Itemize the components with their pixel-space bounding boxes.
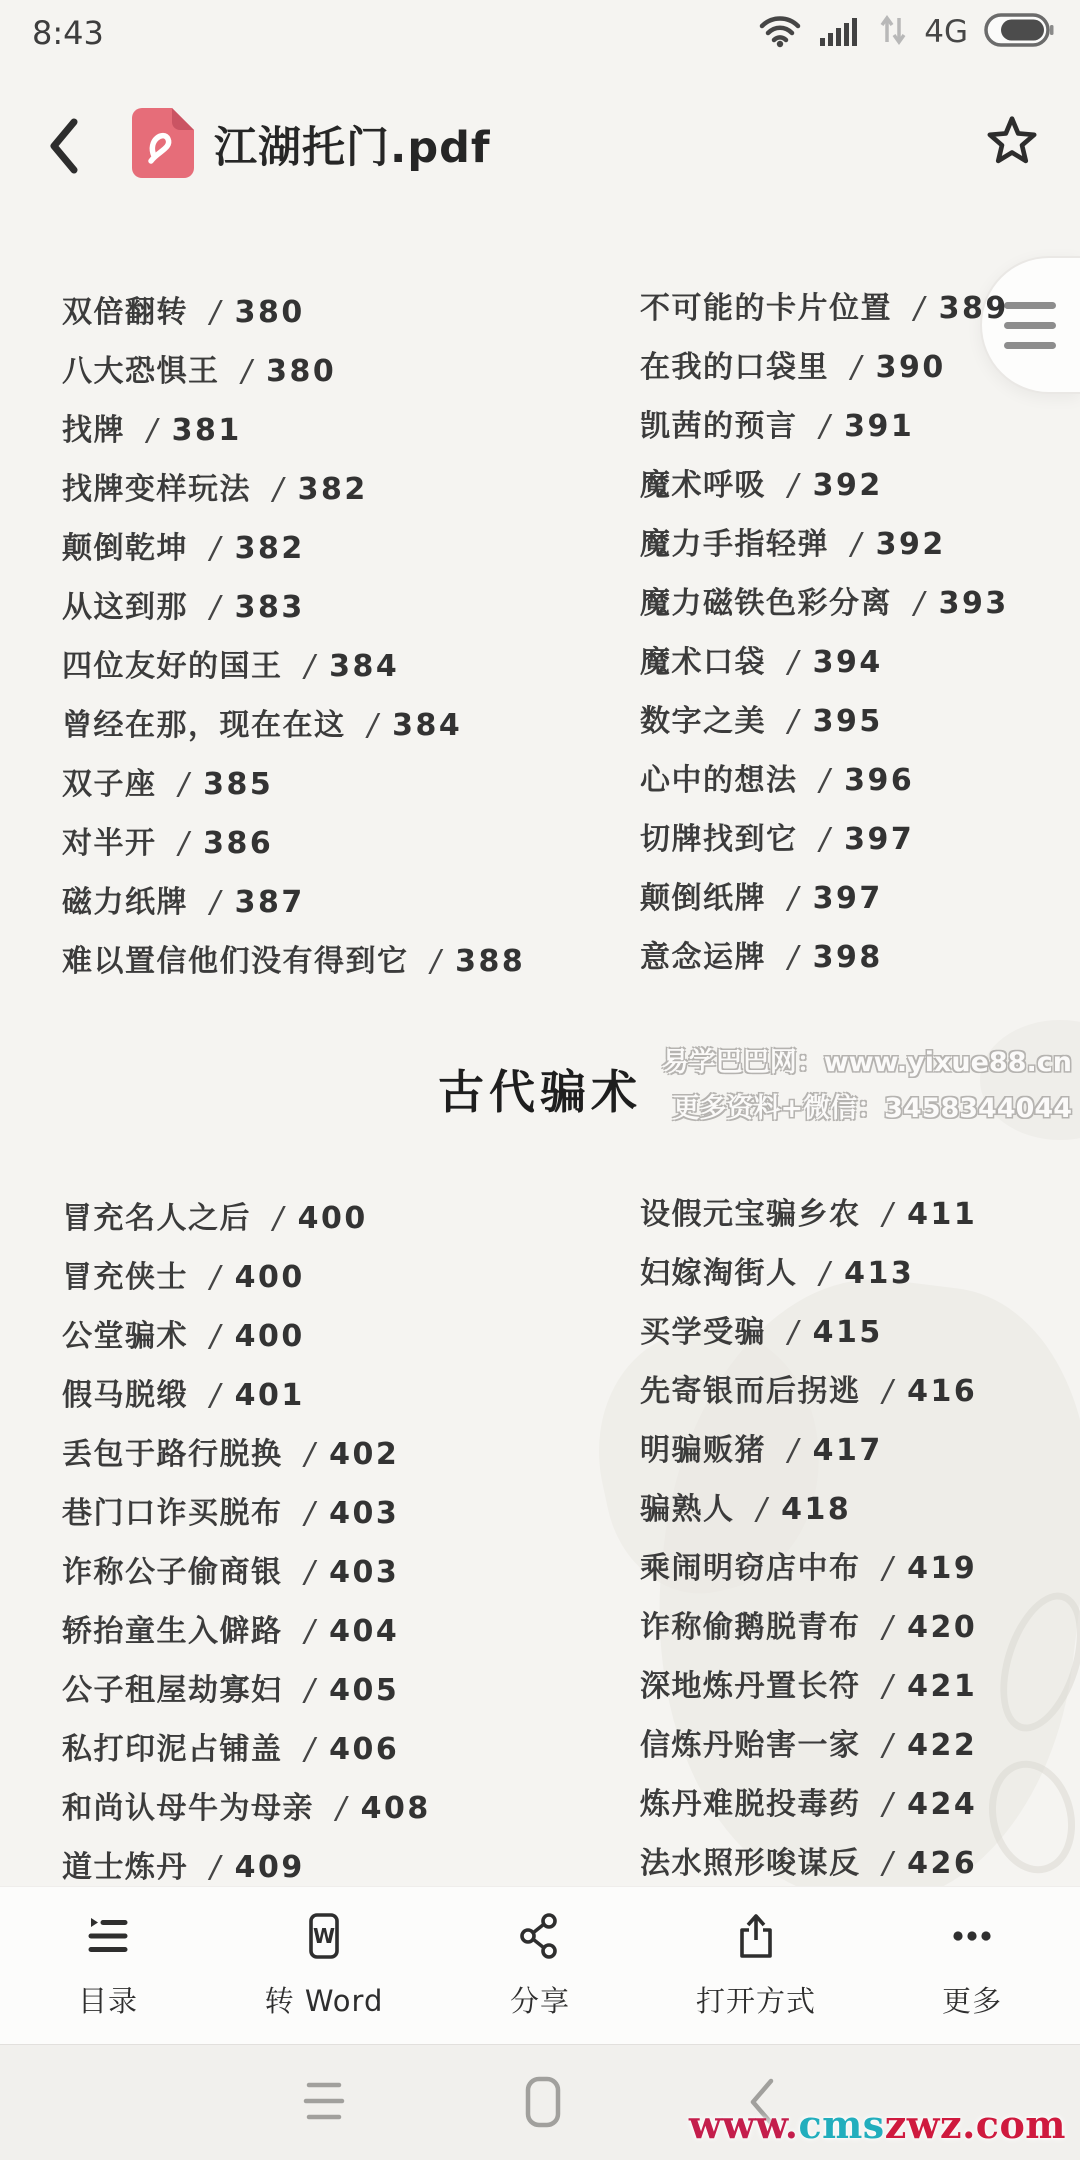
toc-entry-page: 394 <box>813 646 883 680</box>
toc-entry-page: 385 <box>203 768 273 802</box>
toc-entry: 冒充名人之后 / 400 <box>62 1202 431 1236</box>
toc-entry-page: 388 <box>455 945 525 979</box>
outline-list-icon <box>84 1912 132 1964</box>
toc-entry-title: 魔术呼吸 <box>640 469 766 503</box>
site-url-part2: cms <box>798 2102 884 2147</box>
toolbar-outline-button[interactable]: 目录 <box>0 1887 216 2044</box>
toc-entry-page: 421 <box>907 1670 977 1704</box>
toc-entry-title: 在我的口袋里 <box>640 351 829 385</box>
toc-entry-title: 丢包于路行脱换 <box>62 1438 283 1472</box>
toc-entry: 数字之美 / 395 <box>640 705 1009 739</box>
toc-entry: 骗熟人 / 418 <box>640 1493 977 1527</box>
toc-entry-separator: / <box>305 1438 317 1472</box>
toc-entry-page: 384 <box>329 650 399 684</box>
toc-entry-title: 双倍翻转 <box>62 296 188 330</box>
share-nodes-icon <box>516 1912 564 1964</box>
toc-entry-page: 422 <box>907 1729 977 1763</box>
toc-entry-title: 冒充名人之后 <box>62 1202 251 1236</box>
toc-entry-title: 道士炼丹 <box>62 1851 188 1885</box>
toc-entry-title: 私打印泥占铺盖 <box>62 1733 283 1767</box>
toc-entry-title: 诈称公子偷商银 <box>62 1556 283 1590</box>
toc-entry: 深地炼丹置长符 / 421 <box>640 1670 977 1704</box>
toc-entry-title: 意念运牌 <box>640 941 766 975</box>
toc-entry-title: 找牌 <box>62 414 125 448</box>
word-document-icon: W <box>300 1912 348 1964</box>
svg-text:W: W <box>313 1924 335 1948</box>
toc-entry-separator: / <box>210 1851 222 1885</box>
toc-entry: 凯茜的预言 / 391 <box>640 410 1009 444</box>
toc-entry-separator: / <box>431 945 443 979</box>
toc-entry-separator: / <box>368 709 380 743</box>
toc-entry-page: 406 <box>329 1733 399 1767</box>
toc-entry-page: 387 <box>235 886 305 920</box>
toolbar-label: 打开方式 <box>696 1979 816 2020</box>
toc-entry-title: 难以置信他们没有得到它 <box>62 945 409 979</box>
toc-entry: 先寄银而后拐逃 / 416 <box>640 1375 977 1409</box>
toc-entry-separator: / <box>305 1733 317 1767</box>
toc-entry-separator: / <box>788 1434 800 1468</box>
toc-entry: 道士炼丹 / 409 <box>62 1851 431 1885</box>
toc-entry: 不可能的卡片位置 / 389 <box>640 292 1009 326</box>
toc-entry-separator: / <box>305 1556 317 1590</box>
toc-entry-page: 415 <box>813 1316 883 1350</box>
toc-entry: 公堂骗术 / 400 <box>62 1320 431 1354</box>
hamburger-icon <box>1004 302 1056 309</box>
toc-entry-page: 403 <box>329 1497 399 1531</box>
toc-entry: 找牌 / 381 <box>62 414 525 448</box>
toc-entry: 双子座 / 385 <box>62 768 525 802</box>
toc-section2-left-column: 冒充名人之后 / 400 冒充侠士 / 400 公堂骗术 / 400 假马脱缎 … <box>62 1202 431 1885</box>
toc-entry: 和尚认母牛为母亲 / 408 <box>62 1792 431 1826</box>
toc-entry-separator: / <box>210 1379 222 1413</box>
toc-entry-page: 413 <box>844 1257 914 1291</box>
toc-entry-title: 乘闹明窃店中布 <box>640 1552 861 1586</box>
battery-icon <box>984 12 1054 52</box>
toc-entry-separator: / <box>242 355 254 389</box>
toc-entry-title: 和尚认母牛为母亲 <box>62 1792 314 1826</box>
toc-entry-title: 颠倒乾坤 <box>62 532 188 566</box>
toc-entry-page: 381 <box>172 414 242 448</box>
pdf-viewer-screen: 8:43 <box>0 0 1080 2160</box>
toc-entry-page: 384 <box>392 709 462 743</box>
toc-entry-separator: / <box>305 650 317 684</box>
toc-entry: 轿抬童生入僻路 / 404 <box>62 1615 431 1649</box>
toc-entry: 魔术口袋 / 394 <box>640 646 1009 680</box>
toc-entry-separator: / <box>883 1788 895 1822</box>
toc-entry-title: 数字之美 <box>640 705 766 739</box>
toc-entry-separator: / <box>179 827 191 861</box>
toc-entry-title: 轿抬童生入僻路 <box>62 1615 283 1649</box>
bottom-toolbar: 目录 W 转 Word 分享 <box>0 1886 1080 2044</box>
status-bar: 8:43 <box>0 0 1080 64</box>
toc-entry-page: 417 <box>813 1434 883 1468</box>
toc-entry-separator: / <box>305 1674 317 1708</box>
toc-entry-page: 402 <box>329 1438 399 1472</box>
toc-entry: 魔力磁铁色彩分离 / 393 <box>640 587 1009 621</box>
toc-entry-title: 魔术口袋 <box>640 646 766 680</box>
toc-entry-title: 魔力磁铁色彩分离 <box>640 587 892 621</box>
toc-entry-title: 颠倒纸牌 <box>640 882 766 916</box>
seller-watermark-line2: 更多资料+微信：3458344044 <box>662 1086 1072 1132</box>
toc-entry: 四位友好的国王 / 384 <box>62 650 525 684</box>
toc-entry: 魔术呼吸 / 392 <box>640 469 1009 503</box>
toc-entry-separator: / <box>820 823 832 857</box>
toc-entry-separator: / <box>788 882 800 916</box>
toolbar-label: 目录 <box>78 1979 138 2020</box>
toc-entry-page: 397 <box>813 882 883 916</box>
signal-strength-icon <box>818 12 862 52</box>
toc-entry-separator: / <box>305 1615 317 1649</box>
toc-entry-separator: / <box>210 886 222 920</box>
toolbar-more-button[interactable]: 更多 <box>864 1887 1080 2044</box>
toc-entry: 对半开 / 386 <box>62 827 525 861</box>
clock: 8:43 <box>32 14 104 52</box>
toc-entry-page: 426 <box>907 1847 977 1881</box>
toc-entry: 从这到那 / 383 <box>62 591 525 625</box>
site-url-watermark: www.cmszwz.com <box>689 2102 1066 2147</box>
toc-entry-separator: / <box>883 1375 895 1409</box>
toc-entry: 诈称偷鹅脱青布 / 420 <box>640 1611 977 1645</box>
toc-entry-separator: / <box>851 528 863 562</box>
toc-entry-page: 395 <box>813 705 883 739</box>
toc-entry-title: 不可能的卡片位置 <box>640 292 892 326</box>
bookmark-star-button[interactable] <box>984 112 1040 172</box>
wifi-icon <box>758 12 802 52</box>
toc-entry-separator: / <box>914 292 926 326</box>
toc-entry-title: 炼丹难脱投毒药 <box>640 1788 861 1822</box>
toc-entry-separator: / <box>820 764 832 798</box>
toc-entry-title: 妇嫁淘街人 <box>640 1257 798 1291</box>
toc-entry: 乘闹明窃店中布 / 419 <box>640 1552 977 1586</box>
toc-entry: 诈称公子偷商银 / 403 <box>62 1556 431 1590</box>
toc-entry-title: 骗熟人 <box>640 1493 735 1527</box>
seller-watermark: 易学巴巴网：www.yixue88.cn 更多资料+微信：3458344044 <box>662 1040 1072 1132</box>
toc-entry-separator: / <box>788 705 800 739</box>
toc-entry-separator: / <box>883 1847 895 1881</box>
toc-entry: 双倍翻转 / 380 <box>62 296 525 330</box>
toc-entry-page: 405 <box>329 1674 399 1708</box>
toc-section2-right-column: 设假元宝骗乡农 / 411 妇嫁淘街人 / 413 买学受骗 / 415 先寄银… <box>640 1198 977 1881</box>
toc-entry-page: 404 <box>329 1615 399 1649</box>
seller-watermark-line1: 易学巴巴网：www.yixue88.cn <box>662 1040 1072 1086</box>
toolbar-share-button[interactable]: 分享 <box>432 1887 648 2044</box>
toc-entry-separator: / <box>336 1792 348 1826</box>
toc-entry-title: 冒充侠士 <box>62 1261 188 1295</box>
toolbar-open-with-button[interactable]: 打开方式 <box>648 1887 864 2044</box>
toc-entry-separator: / <box>883 1611 895 1645</box>
toolbar-label: 分享 <box>510 1979 570 2020</box>
toc-entry-page: 411 <box>907 1198 977 1232</box>
toc-entry-title: 双子座 <box>62 768 157 802</box>
recents-button[interactable] <box>300 2075 348 2135</box>
toc-entry-separator: / <box>147 414 159 448</box>
toc-entry-title: 巷门口诈买脱布 <box>62 1497 283 1531</box>
toc-entry-separator: / <box>851 351 863 385</box>
toc-entry-title: 曾经在那，现在在这 <box>62 709 346 743</box>
toc-entry: 公子租屋劫寡妇 / 405 <box>62 1674 431 1708</box>
toc-entry-page: 419 <box>907 1552 977 1586</box>
toc-entry-page: 382 <box>298 473 368 507</box>
toc-entry-page: 386 <box>203 827 273 861</box>
toc-entry-title: 八大恐惧王 <box>62 355 220 389</box>
toc-entry: 冒充侠士 / 400 <box>62 1261 431 1295</box>
status-icons: 4G <box>758 12 1054 52</box>
document-header: 江湖托门.pdf <box>0 96 1080 196</box>
toc-entry: 妇嫁淘街人 / 413 <box>640 1257 977 1291</box>
toc-entry-page: 398 <box>813 941 883 975</box>
toc-entry-page: 390 <box>876 351 946 385</box>
toc-entry-title: 信炼丹贻害一家 <box>640 1729 861 1763</box>
toc-entry-title: 找牌变样玩法 <box>62 473 251 507</box>
toc-entry-separator: / <box>883 1670 895 1704</box>
toc-entry-separator: / <box>788 1316 800 1350</box>
home-button[interactable] <box>519 2075 567 2135</box>
pdf-file-icon <box>132 108 194 182</box>
toc-entry: 买学受骗 / 415 <box>640 1316 977 1350</box>
toc-entry-separator: / <box>883 1198 895 1232</box>
toc-entry-page: 424 <box>907 1788 977 1822</box>
site-url-part3: zwz.com <box>885 2102 1066 2147</box>
toc-entry-page: 420 <box>907 1611 977 1645</box>
toc-entry: 心中的想法 / 396 <box>640 764 1009 798</box>
more-dots-icon <box>948 1912 996 1964</box>
toc-entry-page: 397 <box>844 823 914 857</box>
toc-entry: 曾经在那，现在在这 / 384 <box>62 709 525 743</box>
toc-entry: 八大恐惧王 / 380 <box>62 355 525 389</box>
toc-entry-page: 392 <box>876 528 946 562</box>
open-with-icon <box>732 1912 780 1964</box>
toc-entry-title: 明骗贩猪 <box>640 1434 766 1468</box>
toc-entry-separator: / <box>820 410 832 444</box>
toc-entry: 颠倒纸牌 / 397 <box>640 882 1009 916</box>
data-transfer-arrows-icon <box>878 12 908 52</box>
toc-entry-page: 392 <box>813 469 883 503</box>
toc-entry: 设假元宝骗乡农 / 411 <box>640 1198 977 1232</box>
toc-entry-separator: / <box>788 941 800 975</box>
toc-section1-right-column: 不可能的卡片位置 / 389 在我的口袋里 / 390 凯茜的预言 / 391 … <box>640 292 1009 975</box>
toc-entry-separator: / <box>757 1493 769 1527</box>
toc-entry-title: 对半开 <box>62 827 157 861</box>
toc-entry-separator: / <box>210 532 222 566</box>
toc-entry-separator: / <box>273 473 285 507</box>
toc-entry: 难以置信他们没有得到它 / 388 <box>62 945 525 979</box>
toc-entry: 法水照形唆谋反 / 426 <box>640 1847 977 1881</box>
toolbar-label: 转 Word <box>265 1979 384 2020</box>
toc-entry-page: 382 <box>235 532 305 566</box>
toc-entry-title: 公堂骗术 <box>62 1320 188 1354</box>
toc-entry-title: 四位友好的国王 <box>62 650 283 684</box>
toc-entry-title: 诈称偷鹅脱青布 <box>640 1611 861 1645</box>
toc-entry-title: 从这到那 <box>62 591 188 625</box>
toc-entry-title: 凯茜的预言 <box>640 410 798 444</box>
toc-entry-page: 383 <box>235 591 305 625</box>
site-url-part1: www. <box>689 2102 799 2147</box>
toc-entry-page: 391 <box>844 410 914 444</box>
toc-entry-title: 磁力纸牌 <box>62 886 188 920</box>
toc-entry-page: 400 <box>298 1202 368 1236</box>
toc-entry-separator: / <box>788 469 800 503</box>
toc-entry: 魔力手指轻弹 / 392 <box>640 528 1009 562</box>
toc-entry: 切牌找到它 / 397 <box>640 823 1009 857</box>
toc-entry-separator: / <box>210 296 222 330</box>
toc-entry-page: 418 <box>781 1493 851 1527</box>
toolbar-convert-word-button[interactable]: W 转 Word <box>216 1887 432 2044</box>
toc-entry-separator: / <box>914 587 926 621</box>
toc-entry-title: 切牌找到它 <box>640 823 798 857</box>
toc-entry-title: 买学受骗 <box>640 1316 766 1350</box>
toc-entry: 假马脱缎 / 401 <box>62 1379 431 1413</box>
toc-entry-title: 魔力手指轻弹 <box>640 528 829 562</box>
network-type-label: 4G <box>924 14 968 50</box>
toc-entry: 巷门口诈买脱布 / 403 <box>62 1497 431 1531</box>
toolbar-label: 更多 <box>942 1979 1002 2020</box>
toc-entry: 丢包于路行脱换 / 402 <box>62 1438 431 1472</box>
toc-entry-page: 393 <box>939 587 1009 621</box>
toc-entry: 意念运牌 / 398 <box>640 941 1009 975</box>
toc-entry-separator: / <box>788 646 800 680</box>
toc-entry: 信炼丹贻害一家 / 422 <box>640 1729 977 1763</box>
toc-entry-separator: / <box>305 1497 317 1531</box>
toc-entry-title: 先寄银而后拐逃 <box>640 1375 861 1409</box>
toc-entry-title: 深地炼丹置长符 <box>640 1670 861 1704</box>
toc-entry-page: 380 <box>266 355 336 389</box>
toc-entry-page: 403 <box>329 1556 399 1590</box>
toc-entry-title: 设假元宝骗乡农 <box>640 1198 861 1232</box>
toc-entry-title: 假马脱缎 <box>62 1379 188 1413</box>
toc-entry-title: 公子租屋劫寡妇 <box>62 1674 283 1708</box>
toc-entry-page: 409 <box>235 1851 305 1885</box>
toc-entry: 颠倒乾坤 / 382 <box>62 532 525 566</box>
toc-section1-left-column: 双倍翻转 / 380 八大恐惧王 / 380 找牌 / 381 找牌变样玩法 /… <box>62 296 525 979</box>
toc-entry-title: 法水照形唆谋反 <box>640 1847 861 1881</box>
toc-entry-page: 416 <box>907 1375 977 1409</box>
toc-entry: 私打印泥占铺盖 / 406 <box>62 1733 431 1767</box>
toc-entry-page: 380 <box>235 296 305 330</box>
toc-entry: 明骗贩猪 / 417 <box>640 1434 977 1468</box>
document-title: 江湖托门.pdf <box>214 114 491 175</box>
toc-entry-separator: / <box>179 768 191 802</box>
toc-entry-page: 400 <box>235 1320 305 1354</box>
toc-entry-separator: / <box>210 1261 222 1295</box>
toc-entry-page: 389 <box>939 292 1009 326</box>
toc-entry: 磁力纸牌 / 387 <box>62 886 525 920</box>
toc-entry: 在我的口袋里 / 390 <box>640 351 1009 385</box>
toc-entry-title: 心中的想法 <box>640 764 798 798</box>
toc-entry-separator: / <box>883 1729 895 1763</box>
toc-entry: 炼丹难脱投毒药 / 424 <box>640 1788 977 1822</box>
toc-entry-page: 401 <box>235 1379 305 1413</box>
toc-entry-separator: / <box>883 1552 895 1586</box>
toc-entry-separator: / <box>210 591 222 625</box>
toc-entry-separator: / <box>273 1202 285 1236</box>
toc-entry-separator: / <box>210 1320 222 1354</box>
toc-entry-page: 400 <box>235 1261 305 1295</box>
toc-entry-page: 396 <box>844 764 914 798</box>
toc-entry-separator: / <box>820 1257 832 1291</box>
toc-entry: 找牌变样玩法 / 382 <box>62 473 525 507</box>
toc-entry-page: 408 <box>361 1792 431 1826</box>
back-button[interactable] <box>42 114 90 178</box>
